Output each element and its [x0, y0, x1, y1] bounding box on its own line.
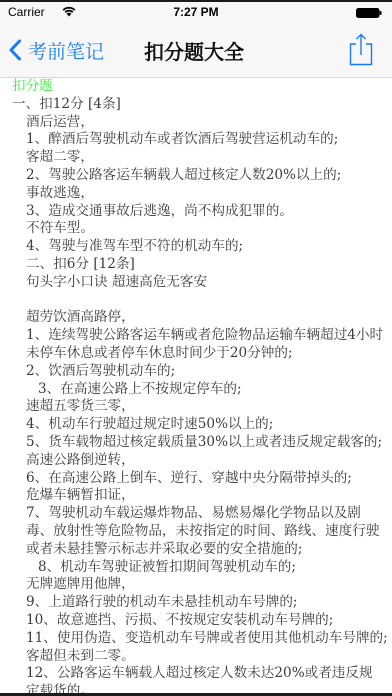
notes-content: 扣分题 一、扣12分 [4条] 酒后运营， 1、醉酒后驾驶机动车或者饮酒后驾驶营… [0, 78, 392, 693]
rule-item: 1、醉酒后驾驶机动车或者饮酒后驾驶营运机动车的; [0, 131, 392, 149]
mnemonic-line: 事故逃逸， [0, 185, 392, 203]
mnemonic-line: 酒后运营， [0, 114, 392, 132]
rule-item: 7、驾驶机动车载运爆炸物品、易燃易爆化学物品以及剧毒、放射性等危险物品，未按指定… [0, 505, 392, 558]
mnemonic-line: 速超五零货三零， [0, 398, 392, 416]
mnemonic-line: 客超但未到二零。 [0, 648, 392, 666]
status-bar: Carrier 7:27 PM [0, 2, 392, 22]
back-button[interactable]: 考前笔记 [8, 32, 104, 68]
rule-item: 3、在高速公路上不按规定停车的; [0, 381, 392, 399]
page-title: 扣分题大全 [144, 36, 244, 65]
mnemonic-summary: 句头字小口诀 超速高危无客安 [0, 274, 392, 292]
rule-item: 12、公路客运车辆载人超过核定人数未达20%或者违反规定载货的。 [0, 665, 392, 696]
status-time: 7:27 PM [0, 5, 392, 19]
category-heading-12-points: 一、扣12分 [4条] [0, 96, 392, 114]
rule-item: 6、在高速公路上倒车、逆行、穿越中央分隔带掉头的; [0, 470, 392, 488]
battery-full-icon [356, 8, 382, 18]
back-button-label: 考前笔记 [28, 37, 104, 64]
rule-item: 10、故意遮挡、污损、不按规定安装机动车号牌的; [0, 612, 392, 630]
mnemonic-line: 高速公路倒逆转， [0, 452, 392, 470]
mnemonic-line: 客超二零， [0, 149, 392, 167]
blank-line [0, 292, 392, 310]
mnemonic-line: 无牌遮牌用他牌， [0, 576, 392, 594]
mnemonic-line: 危爆车辆暂扣证， [0, 487, 392, 505]
mnemonic-line: 不符车型。 [0, 220, 392, 238]
section-heading: 扣分题 [0, 78, 392, 96]
chevron-left-icon [8, 39, 22, 61]
rule-item: 3、造成交通事故后逃逸，尚不构成犯罪的。 [0, 203, 392, 221]
rule-item: 2、驾驶公路客运车辆载人超过核定人数20%以上的; [0, 167, 392, 185]
rule-item: 4、机动车行驶超过规定时速50%以上的; [0, 416, 392, 434]
category-heading-6-points: 二、扣6分 [12条] [0, 256, 392, 274]
share-icon[interactable] [348, 32, 374, 66]
rule-item: 8、机动车驾驶证被暂扣期间驾驶机动车的; [0, 559, 392, 577]
rule-item: 2、饮酒后驾驶机动车的; [0, 363, 392, 381]
navigation-bar: 考前笔记 扣分题大全 [0, 22, 392, 78]
rule-item: 4、驾驶与准驾车型不符的机动车的; [0, 238, 392, 256]
rule-item: 11、使用伪造、变造机动车号牌或者使用其他机动车号牌的; [0, 630, 392, 648]
mnemonic-line: 超劳饮酒高路停， [0, 309, 392, 327]
rule-item: 9、上道路行驶的机动车未悬挂机动车号牌的; [0, 594, 392, 612]
rule-item: 1、连续驾驶公路客运车辆或者危险物品运输车辆超过4小时未停车休息或者停车休息时间… [0, 327, 392, 363]
rule-item: 5、货车载物超过核定载质量30%以上或者违反规定载客的; [0, 434, 392, 452]
